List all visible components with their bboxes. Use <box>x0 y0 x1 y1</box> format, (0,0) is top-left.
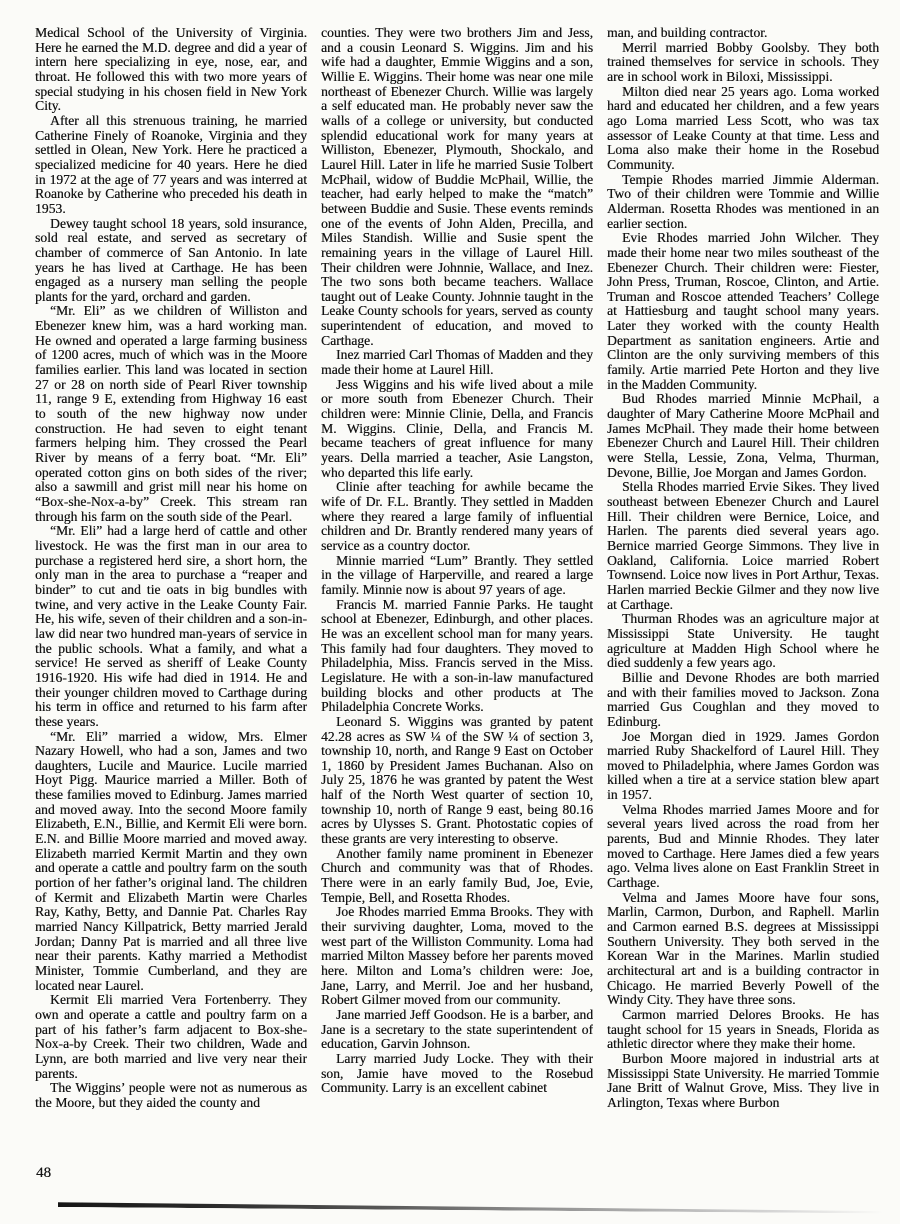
paragraph: “Mr. Eli” married a widow, Mrs. Elmer Na… <box>35 730 307 994</box>
paragraph: Dewey taught school 18 years, sold insur… <box>35 217 307 305</box>
paragraph: “Mr. Eli” as we children of Williston an… <box>35 304 307 524</box>
paragraph: Clinie after teaching for awhile became … <box>321 480 593 553</box>
paragraph: Inez married Carl Thomas of Madden and t… <box>321 348 593 377</box>
paragraph: Stella Rhodes married Ervie Sikes. They … <box>607 480 879 612</box>
paragraph: Minnie married “Lum” Brantly. They settl… <box>321 554 593 598</box>
paragraph: Joe Rhodes married Emma Brooks. They wit… <box>321 905 593 1008</box>
paragraph: counties. They were two brothers Jim and… <box>321 26 593 348</box>
paragraph: Jane married Jeff Goodson. He is a barbe… <box>321 1008 593 1052</box>
paragraph: Velma Rhodes married James Moore and for… <box>607 803 879 891</box>
page-number: 48 <box>36 1166 51 1181</box>
paragraph: Milton died near 25 years ago. Loma work… <box>607 85 879 173</box>
paragraph: The Wiggins’ people were not as numerous… <box>35 1081 307 1110</box>
paragraph: “Mr. Eli” had a large herd of cattle and… <box>35 524 307 729</box>
paragraph: Velma and James Moore have four sons, Ma… <box>607 891 879 1008</box>
paragraph: Kermit Eli married Vera Fortenberry. The… <box>35 993 307 1081</box>
paragraph: Billie and Devone Rhodes are both marrie… <box>607 671 879 730</box>
paragraph: After all this strenuous training, he ma… <box>35 114 307 217</box>
text-column-1: Medical School of the University of Virg… <box>35 26 307 1172</box>
paragraph: Merril married Bobby Goolsby. They both … <box>607 41 879 85</box>
paragraph: Evie Rhodes married John Wilcher. They m… <box>607 231 879 392</box>
text-column-3: man, and building contractor.Merril marr… <box>607 26 879 1172</box>
paragraph: Carmon married Delores Brooks. He has ta… <box>607 1008 879 1052</box>
scan-artifact-line <box>58 1202 900 1214</box>
paragraph: Another family name prominent in Ebeneze… <box>321 847 593 906</box>
paragraph: Larry married Judy Locke. They with thei… <box>321 1052 593 1096</box>
book-page: Medical School of the University of Virg… <box>0 0 900 1224</box>
paragraph: Leonard S. Wiggins was granted by patent… <box>321 715 593 847</box>
paragraph: Francis M. married Fannie Parks. He taug… <box>321 598 593 715</box>
paragraph: Burbon Moore majored in industrial arts … <box>607 1052 879 1111</box>
paragraph: Bud Rhodes married Minnie McPhail, a dau… <box>607 392 879 480</box>
paragraph: man, and building contractor. <box>607 26 879 41</box>
paragraph: Thurman Rhodes was an agriculture major … <box>607 612 879 671</box>
paragraph: Tempie Rhodes married Jimmie Alderman. T… <box>607 173 879 232</box>
paragraph: Jess Wiggins and his wife lived about a … <box>321 378 593 481</box>
paragraph: Medical School of the University of Virg… <box>35 26 307 114</box>
text-column-2: counties. They were two brothers Jim and… <box>321 26 593 1172</box>
text-columns: Medical School of the University of Virg… <box>35 26 879 1172</box>
paragraph: Joe Morgan died in 1929. James Gordon ma… <box>607 730 879 803</box>
